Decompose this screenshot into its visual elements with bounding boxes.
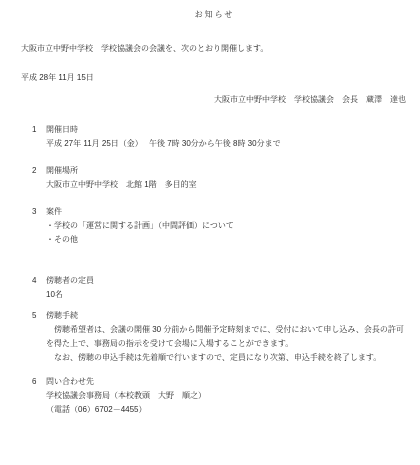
section-meeting-datetime: 1開催日時 平成 27年 11月 25日（金） 午後 7時 30分から午後 8時…	[32, 123, 408, 151]
agenda-item: ・学校の「運営に関する計画」（中間評価）について	[46, 219, 408, 233]
contact-phone-line: （電話（06）6702－4455）	[46, 403, 408, 417]
section-heading-text: 問い合わせ先	[46, 377, 94, 386]
procedure-paragraph: 傍聴希望者は、会議の開催 30 分前から開催予定時刻までに、受付において申し込み…	[46, 323, 408, 351]
section-heading-text: 開催日時	[46, 125, 78, 134]
section-number: 6	[32, 375, 38, 389]
section-heading: 5傍聴手続	[32, 309, 408, 323]
section-heading: 4傍聴者の定員	[32, 274, 408, 288]
section-body: 傍聴希望者は、会議の開催 30 分前から開催予定時刻までに、受付において申し込み…	[46, 323, 408, 365]
section-heading: 6問い合わせ先	[32, 375, 408, 389]
section-heading-text: 傍聴手続	[46, 311, 78, 320]
section-heading: 3案件	[32, 205, 408, 219]
sections: 1開催日時 平成 27年 11月 25日（金） 午後 7時 30分から午後 8時…	[21, 123, 408, 417]
section-agenda: 3案件 ・学校の「運営に関する計画」（中間評価）について ・その他	[32, 205, 408, 247]
section-meeting-place: 2開催場所 大阪市立中野中学校 北館 1階 多目的室	[32, 164, 408, 192]
section-observer-procedure: 5傍聴手続 傍聴希望者は、会議の開催 30 分前から開催予定時刻までに、受付にお…	[32, 309, 408, 365]
section-heading-text: 案件	[46, 207, 62, 216]
datetime-line: 平成 27年 11月 25日（金） 午後 7時 30分から午後 8時 30分まで	[46, 137, 408, 151]
section-observer-capacity: 4傍聴者の定員 10名	[32, 274, 408, 302]
section-number: 4	[32, 274, 38, 288]
section-heading-text: 開催場所	[46, 166, 78, 175]
section-heading-text: 傍聴者の定員	[46, 276, 94, 285]
section-body: 10名	[46, 288, 408, 302]
agenda-item: ・その他	[46, 233, 408, 247]
section-number: 2	[32, 164, 38, 178]
section-contact: 6問い合わせ先 学校協議会事務局（本校教頭 大野 順之） （電話（06）6702…	[32, 375, 408, 417]
capacity-line: 10名	[46, 288, 408, 302]
section-heading: 2開催場所	[32, 164, 408, 178]
issue-date: 平成 28年 11月 15日	[21, 72, 408, 84]
section-body: ・学校の「運営に関する計画」（中間評価）について ・その他	[46, 219, 408, 247]
section-number: 5	[32, 309, 38, 323]
contact-office-line: 学校協議会事務局（本校教頭 大野 順之）	[46, 389, 408, 403]
notice-document: お知らせ 大阪市立中野中学校 学校協議会の会議を、次のとおり開催します。 平成 …	[0, 0, 420, 465]
procedure-paragraph: なお、傍聴の申込手続は先着順で行いますので、定員になり次第、申込手続を終了します…	[46, 351, 408, 365]
place-line: 大阪市立中野中学校 北館 1階 多目的室	[46, 178, 408, 192]
document-title: お知らせ	[21, 10, 408, 20]
section-body: 大阪市立中野中学校 北館 1階 多目的室	[46, 178, 408, 192]
section-number: 3	[32, 205, 38, 219]
section-body: 平成 27年 11月 25日（金） 午後 7時 30分から午後 8時 30分まで	[46, 137, 408, 151]
section-body: 学校協議会事務局（本校教頭 大野 順之） （電話（06）6702－4455）	[46, 389, 408, 417]
issuer-line: 大阪市立中野中学校 学校協議会 会長 蔵澤 達也	[21, 94, 408, 106]
section-heading: 1開催日時	[32, 123, 408, 137]
intro-line: 大阪市立中野中学校 学校協議会の会議を、次のとおり開催します。	[21, 43, 408, 55]
section-number: 1	[32, 123, 38, 137]
